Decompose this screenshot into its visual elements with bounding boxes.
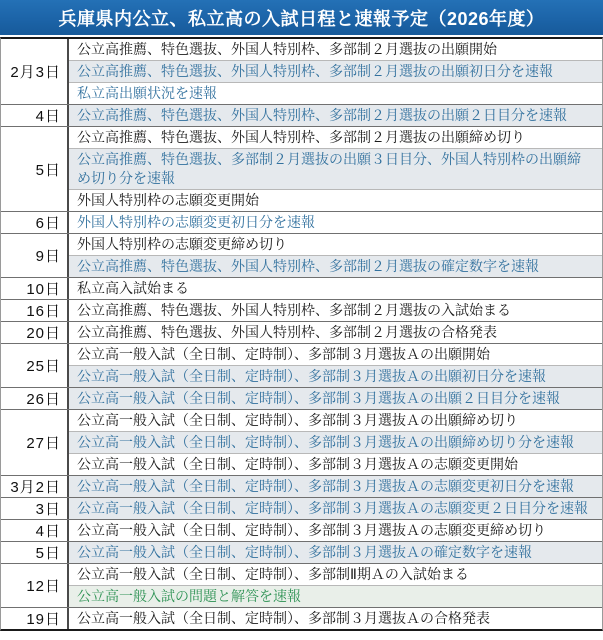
event-text: 公立高推薦、特色選抜、外国人特別枠、多部制２月選抜の出願締め切り <box>77 128 525 147</box>
schedule-group: 5日公立高一般入試（全日制、定時制）、多部制３月選抜Ａの確定数字を速報 <box>1 541 602 563</box>
event-text: 公立高推薦、特色選抜、外国人特別枠、多部制２月選抜の合格発表 <box>77 323 497 342</box>
event-row: 公立高一般入試（全日制、定時制）、多部制３月選抜Ａの志願変更２日目分を速報 <box>69 498 602 519</box>
event-text: 公立高一般入試の問題と解答を速報 <box>77 587 301 606</box>
event-text: 公立高一般入試（全日制、定時制）、多部制Ⅱ期Ａの入試始まる <box>77 565 469 584</box>
schedule-group: 2月3日公立高推薦、特色選抜、外国人特別枠、多部制２月選抜の出願開始公立高推薦、… <box>1 39 602 104</box>
event-text: 公立高推薦、特色選抜、外国人特別枠、多部制２月選抜の出願２日目分を速報 <box>77 106 567 125</box>
title-bar: 兵庫県内公立、私立高の入試日程と速報予定（2026年度） <box>0 0 603 35</box>
event-text: 公立高推薦、特色選抜、外国人特別枠、多部制２月選抜の確定数字を速報 <box>77 257 539 276</box>
event-list: 公立高一般入試（全日制、定時制）、多部制３月選抜Ａの志願変更２日目分を速報 <box>69 498 602 519</box>
event-row: 私立高出願状況を速報 <box>69 82 602 104</box>
schedule-group: 4日公立高推薦、特色選抜、外国人特別枠、多部制２月選抜の出願２日目分を速報 <box>1 104 602 126</box>
date-cell: 20日 <box>1 322 69 343</box>
event-list: 公立高一般入試（全日制、定時制）、多部制３月選抜Ａの確定数字を速報 <box>69 542 602 563</box>
event-list: 公立高一般入試（全日制、定時制）、多部制３月選抜Ａの出願開始公立高一般入試（全日… <box>69 344 602 387</box>
date-cell: 5日 <box>1 542 69 563</box>
event-text: 公立高推薦、特色選抜、外国人特別枠、多部制２月選抜の出願開始 <box>77 40 497 59</box>
event-list: 公立高一般入試（全日制、定時制）、多部制３月選抜Ａの出願２日目分を速報 <box>69 388 602 409</box>
event-list: 公立高推薦、特色選抜、外国人特別枠、多部制２月選抜の入試始まる <box>69 300 602 321</box>
event-text: 公立高一般入試（全日制、定時制）、多部制３月選抜Ａの出願締め切り分を速報 <box>77 433 574 452</box>
event-list: 公立高一般入試（全日制、定時制）、多部制３月選抜Ａの出願締め切り公立高一般入試（… <box>69 410 602 475</box>
event-text: 外国人特別枠の志願変更開始 <box>77 191 259 210</box>
schedule-group: 6日外国人特別枠の志願変更初日分を速報 <box>1 211 602 233</box>
event-row: 公立高一般入試（全日制、定時制）、多部制３月選抜Ａの出願締め切り分を速報 <box>69 431 602 453</box>
date-cell: 3日 <box>1 498 69 519</box>
event-row: 公立高推薦、特色選抜、外国人特別枠、多部制２月選抜の出願初日分を速報 <box>69 60 602 82</box>
schedule-group: 4日公立高一般入試（全日制、定時制）、多部制３月選抜Ａの志願変更締め切り <box>1 519 602 541</box>
event-text: 私立高出願状況を速報 <box>77 84 217 103</box>
event-text: 公立高一般入試（全日制、定時制）、多部制３月選抜Ａの志願変更開始 <box>77 455 518 474</box>
event-row: 公立高推薦、特色選抜、外国人特別枠、多部制２月選抜の入試始まる <box>69 300 602 321</box>
event-text: 公立高一般入試（全日制、定時制）、多部制３月選抜Ａの志願変更締め切り <box>77 521 546 540</box>
event-list: 公立高推薦、特色選抜、外国人特別枠、多部制２月選抜の出願開始公立高推薦、特色選抜… <box>69 39 602 104</box>
event-row: 外国人特別枠の志願変更初日分を速報 <box>69 212 602 233</box>
event-row: 公立高推薦、特色選抜、外国人特別枠、多部制２月選抜の出願２日目分を速報 <box>69 105 602 126</box>
schedule-group: 19日公立高一般入試（全日制、定時制）、多部制３月選抜Ａの合格発表 <box>1 607 602 629</box>
event-row: 公立高推薦、特色選抜、外国人特別枠、多部制２月選抜の合格発表 <box>69 322 602 343</box>
event-row: 公立高一般入試（全日制、定時制）、多部制３月選抜Ａの出願締め切り <box>69 410 602 431</box>
event-row: 公立高推薦、特色選抜、外国人特別枠、多部制２月選抜の出願開始 <box>69 39 602 60</box>
event-list: 公立高一般入試（全日制、定時制）、多部制３月選抜Ａの合格発表 <box>69 608 602 629</box>
event-list: 公立高推薦、特色選抜、外国人特別枠、多部制２月選抜の合格発表 <box>69 322 602 343</box>
event-text: 公立高一般入試（全日制、定時制）、多部制３月選抜Ａの確定数字を速報 <box>77 543 532 562</box>
event-row: 公立高一般入試（全日制、定時制）、多部制３月選抜Ａの出願開始 <box>69 344 602 365</box>
schedule-group: 12日公立高一般入試（全日制、定時制）、多部制Ⅱ期Ａの入試始まる公立高一般入試の… <box>1 563 602 607</box>
date-cell: 5日 <box>1 127 69 211</box>
date-cell: 6日 <box>1 212 69 233</box>
date-cell: 25日 <box>1 344 69 387</box>
date-cell: 4日 <box>1 520 69 541</box>
schedule-group: 16日公立高推薦、特色選抜、外国人特別枠、多部制２月選抜の入試始まる <box>1 299 602 321</box>
event-text: 公立高推薦、特色選抜、外国人特別枠、多部制２月選抜の入試始まる <box>77 301 511 320</box>
event-row: 私立高入試始まる <box>69 278 602 299</box>
event-row: 公立高推薦、特色選抜、外国人特別枠、多部制２月選抜の出願締め切り <box>69 127 602 148</box>
date-cell: 27日 <box>1 410 69 475</box>
event-text: 公立高一般入試（全日制、定時制）、多部制３月選抜Ａの出願締め切り <box>77 411 518 430</box>
event-row: 公立高一般入試（全日制、定時制）、多部制３月選抜Ａの出願２日目分を速報 <box>69 388 602 409</box>
schedule-group: 3日公立高一般入試（全日制、定時制）、多部制３月選抜Ａの志願変更２日目分を速報 <box>1 497 602 519</box>
event-row: 公立高一般入試（全日制、定時制）、多部制３月選抜Ａの確定数字を速報 <box>69 542 602 563</box>
schedule-table: 2月3日公立高推薦、特色選抜、外国人特別枠、多部制２月選抜の出願開始公立高推薦、… <box>0 37 603 631</box>
date-cell: 16日 <box>1 300 69 321</box>
event-text: 公立高推薦、特色選抜、多部制２月選抜の出願３日目分、外国人特別枠の出願締め切り分… <box>77 150 594 188</box>
event-row: 公立高一般入試（全日制、定時制）、多部制３月選抜Ａの志願変更開始 <box>69 453 602 475</box>
page-title: 兵庫県内公立、私立高の入試日程と速報予定（2026年度） <box>58 5 544 31</box>
date-cell: 10日 <box>1 278 69 299</box>
date-cell: 12日 <box>1 564 69 607</box>
event-row: 公立高一般入試（全日制、定時制）、多部制Ⅱ期Ａの入試始まる <box>69 564 602 585</box>
event-row: 公立高推薦、特色選抜、多部制２月選抜の出願３日目分、外国人特別枠の出願締め切り分… <box>69 148 602 189</box>
schedule-group: 5日公立高推薦、特色選抜、外国人特別枠、多部制２月選抜の出願締め切り公立高推薦、… <box>1 126 602 211</box>
schedule-group: 27日公立高一般入試（全日制、定時制）、多部制３月選抜Ａの出願締め切り公立高一般… <box>1 409 602 475</box>
event-list: 公立高一般入試（全日制、定時制）、多部制３月選抜Ａの志願変更初日分を速報 <box>69 476 602 497</box>
event-list: 私立高入試始まる <box>69 278 602 299</box>
schedule-group: 3月2日公立高一般入試（全日制、定時制）、多部制３月選抜Ａの志願変更初日分を速報 <box>1 475 602 497</box>
event-list: 公立高一般入試（全日制、定時制）、多部制Ⅱ期Ａの入試始まる公立高一般入試の問題と… <box>69 564 602 607</box>
event-text: 公立高一般入試（全日制、定時制）、多部制３月選抜Ａの出願初日分を速報 <box>77 367 546 386</box>
event-row: 外国人特別枠の志願変更締め切り <box>69 234 602 255</box>
date-cell: 4日 <box>1 105 69 126</box>
event-row: 公立高推薦、特色選抜、外国人特別枠、多部制２月選抜の確定数字を速報 <box>69 255 602 277</box>
event-list: 外国人特別枠の志願変更初日分を速報 <box>69 212 602 233</box>
date-cell: 9日 <box>1 234 69 277</box>
schedule-group: 10日私立高入試始まる <box>1 277 602 299</box>
event-row: 外国人特別枠の志願変更開始 <box>69 189 602 211</box>
event-row: 公立高一般入試（全日制、定時制）、多部制３月選抜Ａの出願初日分を速報 <box>69 365 602 387</box>
date-cell: 19日 <box>1 608 69 629</box>
event-row: 公立高一般入試の問題と解答を速報 <box>69 585 602 607</box>
event-row: 公立高一般入試（全日制、定時制）、多部制３月選抜Ａの合格発表 <box>69 608 602 629</box>
event-list: 公立高一般入試（全日制、定時制）、多部制３月選抜Ａの志願変更締め切り <box>69 520 602 541</box>
schedule-group: 26日公立高一般入試（全日制、定時制）、多部制３月選抜Ａの出願２日目分を速報 <box>1 387 602 409</box>
page: 兵庫県内公立、私立高の入試日程と速報予定（2026年度） 2月3日公立高推薦、特… <box>0 0 603 640</box>
event-list: 公立高推薦、特色選抜、外国人特別枠、多部制２月選抜の出願２日目分を速報 <box>69 105 602 126</box>
event-text: 外国人特別枠の志願変更初日分を速報 <box>77 213 315 232</box>
schedule-group: 25日公立高一般入試（全日制、定時制）、多部制３月選抜Ａの出願開始公立高一般入試… <box>1 343 602 387</box>
event-list: 外国人特別枠の志願変更締め切り公立高推薦、特色選抜、外国人特別枠、多部制２月選抜… <box>69 234 602 277</box>
event-text: 公立高一般入試（全日制、定時制）、多部制３月選抜Ａの合格発表 <box>77 609 490 628</box>
event-text: 外国人特別枠の志願変更締め切り <box>77 235 287 254</box>
date-cell: 3月2日 <box>1 476 69 497</box>
event-text: 公立高一般入試（全日制、定時制）、多部制３月選抜Ａの出願２日目分を速報 <box>77 389 560 408</box>
event-row: 公立高一般入試（全日制、定時制）、多部制３月選抜Ａの志願変更締め切り <box>69 520 602 541</box>
event-text: 公立高一般入試（全日制、定時制）、多部制３月選抜Ａの志願変更初日分を速報 <box>77 477 574 496</box>
event-list: 公立高推薦、特色選抜、外国人特別枠、多部制２月選抜の出願締め切り公立高推薦、特色… <box>69 127 602 211</box>
schedule-group: 9日外国人特別枠の志願変更締め切り公立高推薦、特色選抜、外国人特別枠、多部制２月… <box>1 233 602 277</box>
schedule-group: 20日公立高推薦、特色選抜、外国人特別枠、多部制２月選抜の合格発表 <box>1 321 602 343</box>
event-row: 公立高一般入試（全日制、定時制）、多部制３月選抜Ａの志願変更初日分を速報 <box>69 476 602 497</box>
date-cell: 2月3日 <box>1 39 69 104</box>
event-text: 公立高一般入試（全日制、定時制）、多部制３月選抜Ａの出願開始 <box>77 345 490 364</box>
event-text: 私立高入試始まる <box>77 279 189 298</box>
event-text: 公立高一般入試（全日制、定時制）、多部制３月選抜Ａの志願変更２日目分を速報 <box>77 499 588 518</box>
date-cell: 26日 <box>1 388 69 409</box>
event-text: 公立高推薦、特色選抜、外国人特別枠、多部制２月選抜の出願初日分を速報 <box>77 62 553 81</box>
